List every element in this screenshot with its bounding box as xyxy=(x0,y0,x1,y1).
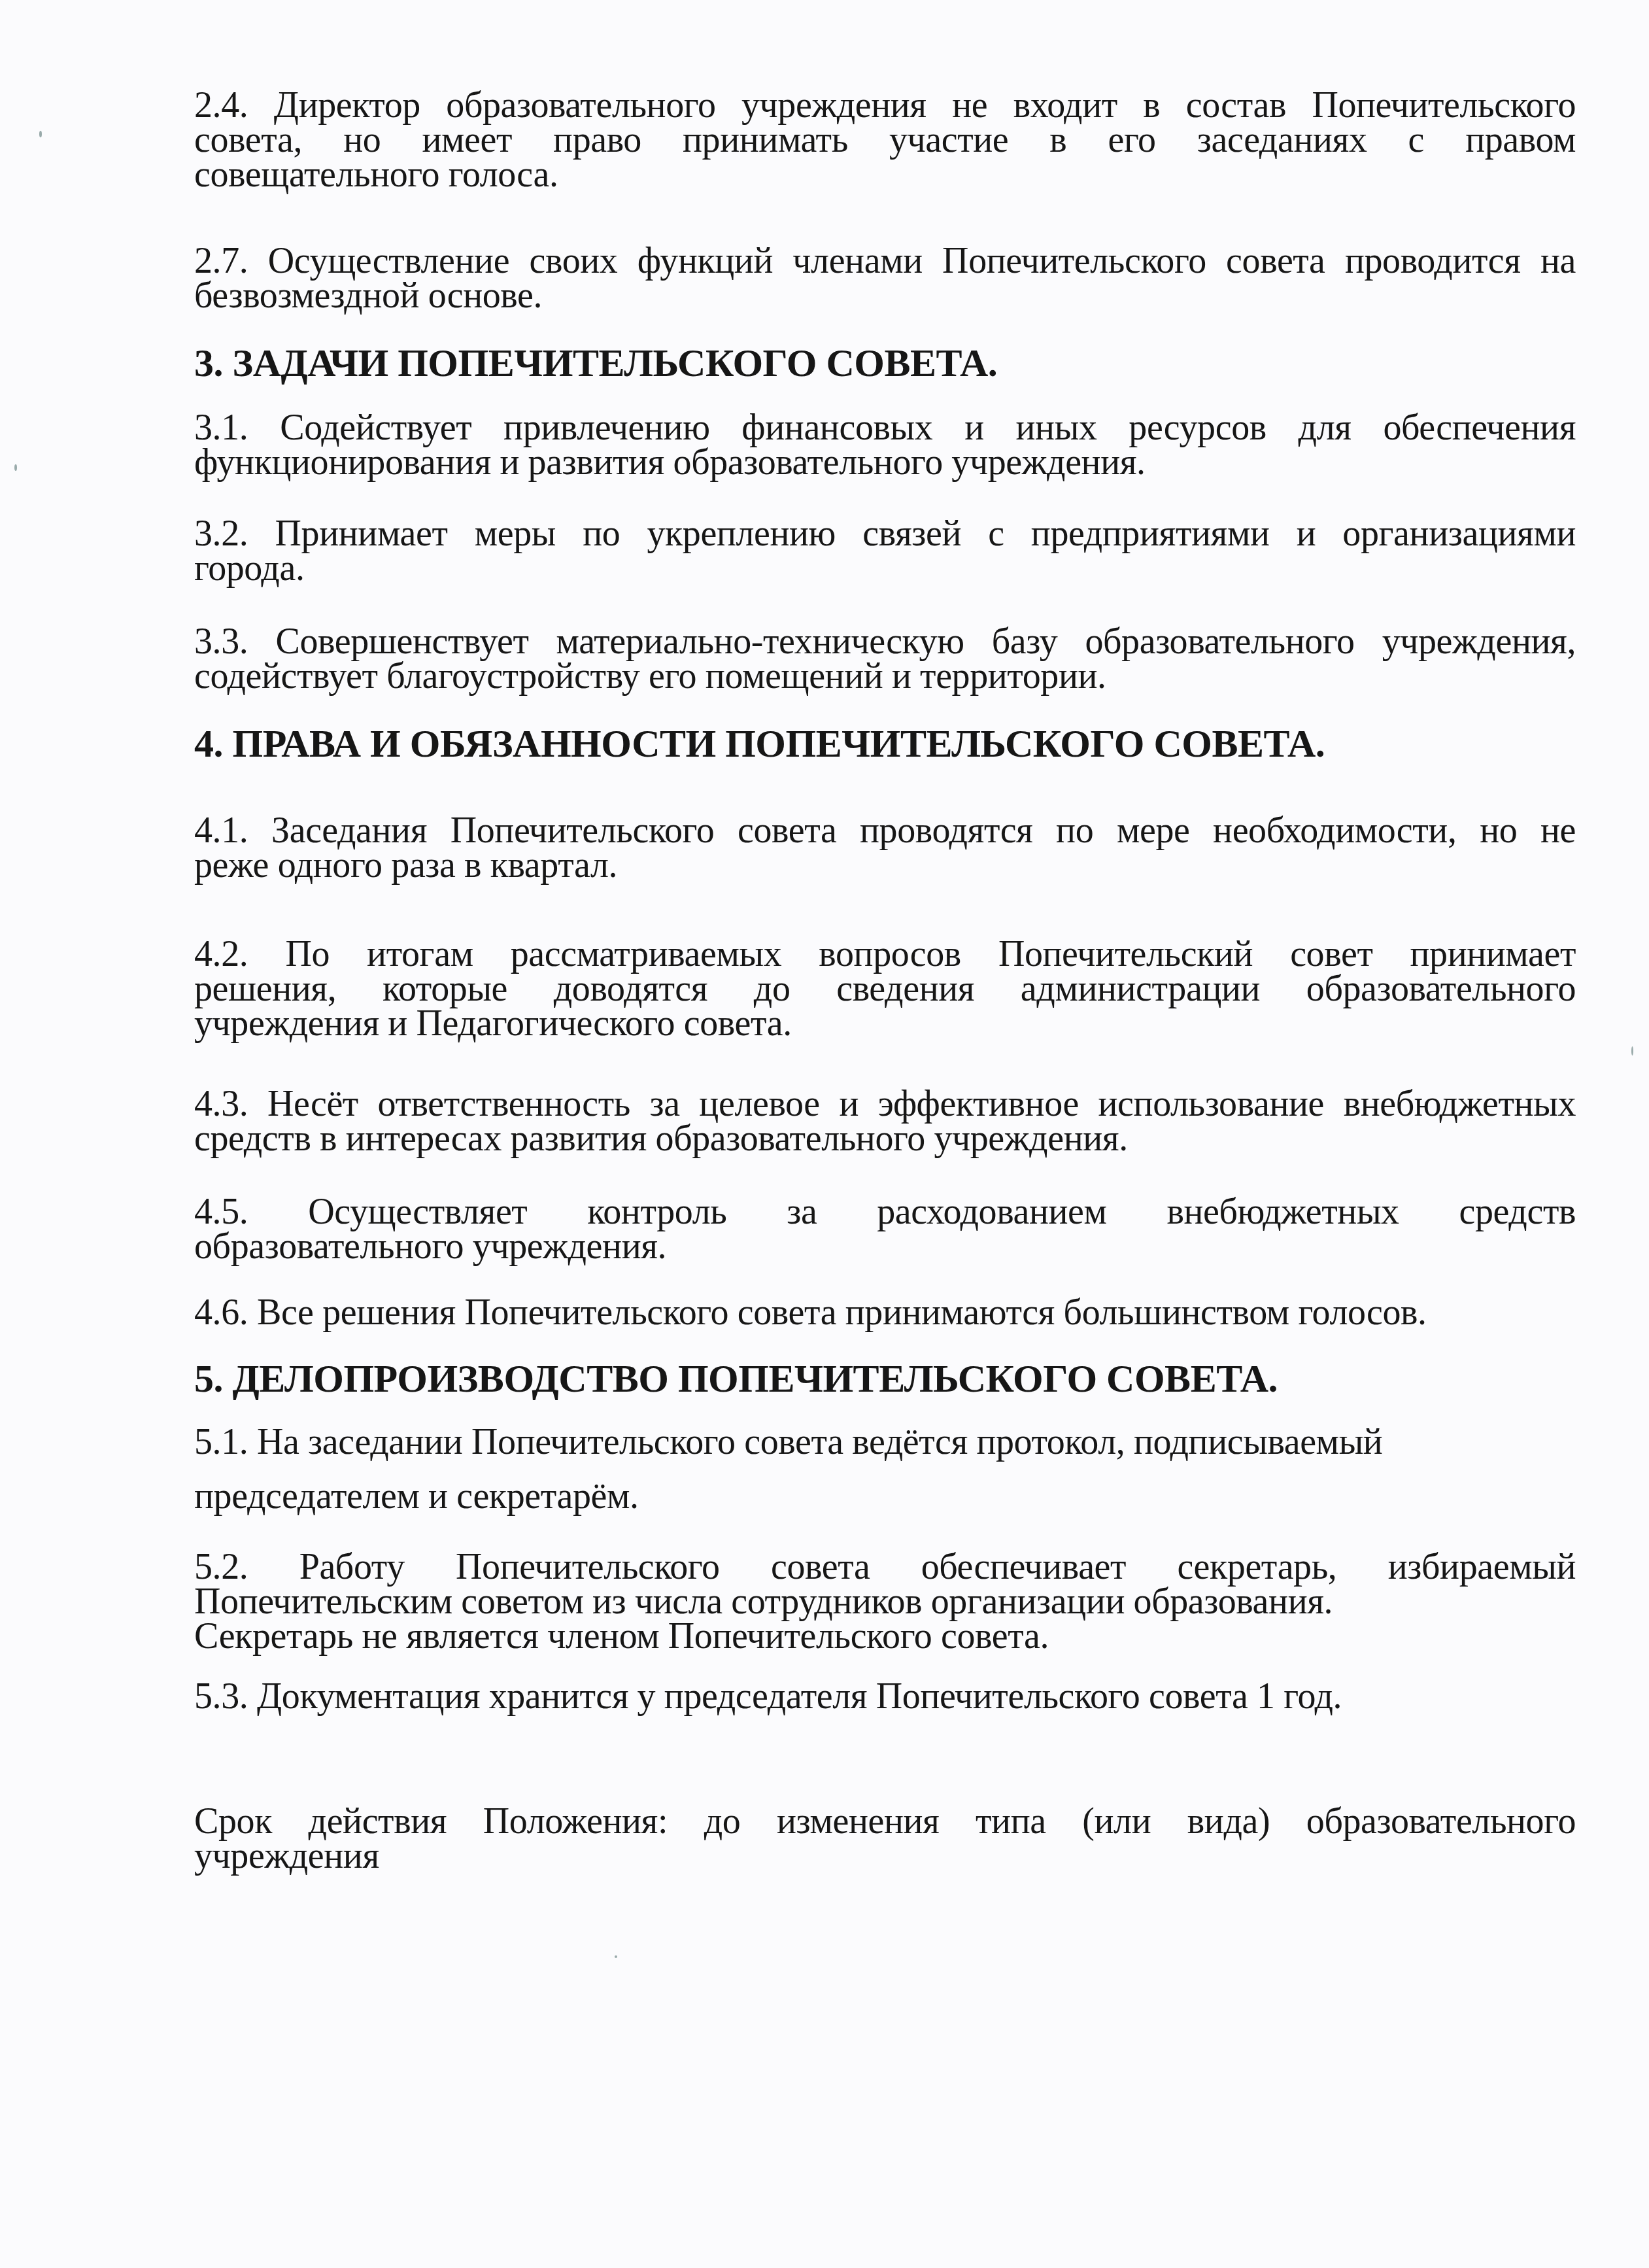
section-heading-3: 3. ЗАДАЧИ ПОПЕЧИТЕЛЬСКОГО СОВЕТА. xyxy=(194,343,997,383)
paragraph-line: города. xyxy=(194,551,1576,586)
paragraph-line: 4.5. Осуществляет контроль за расходован… xyxy=(194,1195,1576,1229)
paragraph-line: 3.3. Совершенствует материально-техничес… xyxy=(194,625,1576,659)
paragraph-line: 4.1. Заседания Попечительского совета пр… xyxy=(194,814,1576,848)
paragraph-line: Попечительским советом из числа сотрудни… xyxy=(194,1585,1576,1619)
paragraph-line: средств в интересах развития образовател… xyxy=(194,1122,1576,1156)
paragraph-3-1: 3.1. Содействует привлечению финансовых … xyxy=(194,411,1576,480)
paragraph-line: реже одного раза в квартал. xyxy=(194,848,1576,883)
paragraph-line: 2.4. Директор образовательного учреждени… xyxy=(194,88,1576,123)
paragraph-line: учреждения и Педагогического совета. xyxy=(194,1006,1576,1041)
paragraph-4-6: 4.6. Все решения Попечительского совета … xyxy=(194,1296,1576,1330)
scan-speck xyxy=(615,1955,617,1958)
paragraph-line: Секретарь не является членом Попечительс… xyxy=(194,1619,1576,1654)
paragraph-5-2: 5.2. Работу Попечительского совета обесп… xyxy=(194,1550,1576,1654)
paragraph-line: 5.1. На заседании Попечительского совета… xyxy=(194,1425,1576,1460)
paragraph-line: учреждения xyxy=(194,1839,1576,1874)
paragraph-line: 5.3. Документация хранится у председател… xyxy=(194,1679,1576,1714)
section-heading-4: 4. ПРАВА И ОБЯЗАННОСТИ ПОПЕЧИТЕЛЬСКОГО С… xyxy=(194,724,1325,763)
paragraph-line: 5.2. Работу Попечительского совета обесп… xyxy=(194,1550,1576,1585)
paragraph-4-1: 4.1. Заседания Попечительского совета пр… xyxy=(194,814,1576,883)
paragraph-line: председателем и секретарём. xyxy=(194,1479,1576,1514)
paragraph-line: совета, но имеет право принимать участие… xyxy=(194,123,1576,158)
paragraph-5-1: 5.1. На заседании Попечительского совета… xyxy=(194,1425,1576,1514)
paragraph-line: 2.7. Осуществление своих функций членами… xyxy=(194,244,1576,279)
scan-speck xyxy=(39,131,42,137)
paragraph-5-3: 5.3. Документация хранится у председател… xyxy=(194,1679,1576,1714)
paragraph-line: 4.2. По итогам рассматриваемых вопросов … xyxy=(194,937,1576,972)
paragraph-2-4: 2.4. Директор образовательного учреждени… xyxy=(194,88,1576,192)
paragraph-4-5: 4.5. Осуществляет контроль за расходован… xyxy=(194,1195,1576,1264)
paragraph-line: решения, которые доводятся до сведения а… xyxy=(194,972,1576,1006)
paragraph-line: функционирования и развития образователь… xyxy=(194,445,1576,480)
paragraph-line: безвозмездной основе. xyxy=(194,279,1576,313)
paragraph-4-3: 4.3. Несёт ответственность за целевое и … xyxy=(194,1087,1576,1156)
section-heading-5: 5. ДЕЛОПРОИЗВОДСТВО ПОПЕЧИТЕЛЬСКОГО СОВЕ… xyxy=(194,1359,1278,1398)
paragraph-line: 4.6. Все решения Попечительского совета … xyxy=(194,1296,1576,1330)
paragraph-line: Срок действия Положения: до изменения ти… xyxy=(194,1804,1576,1839)
scan-speck xyxy=(14,464,17,471)
paragraph-4-2: 4.2. По итогам рассматриваемых вопросов … xyxy=(194,937,1576,1041)
paragraph-line: содействует благоустройству его помещени… xyxy=(194,659,1576,694)
paragraph-2-7: 2.7. Осуществление своих функций членами… xyxy=(194,244,1576,313)
paragraph-line: 4.3. Несёт ответственность за целевое и … xyxy=(194,1087,1576,1122)
paragraph-3-3: 3.3. Совершенствует материально-техничес… xyxy=(194,625,1576,694)
validity-paragraph: Срок действия Положения: до изменения ти… xyxy=(194,1804,1576,1874)
scan-speck xyxy=(1631,1046,1633,1056)
paragraph-3-2: 3.2. Принимает меры по укреплению связей… xyxy=(194,517,1576,586)
paragraph-line: образовательного учреждения. xyxy=(194,1229,1576,1264)
document-page: 2.4. Директор образовательного учреждени… xyxy=(0,0,1649,2268)
paragraph-line: 3.2. Принимает меры по укреплению связей… xyxy=(194,517,1576,551)
paragraph-line: 3.1. Содействует привлечению финансовых … xyxy=(194,411,1576,445)
paragraph-line: совещательного голоса. xyxy=(194,158,1576,192)
